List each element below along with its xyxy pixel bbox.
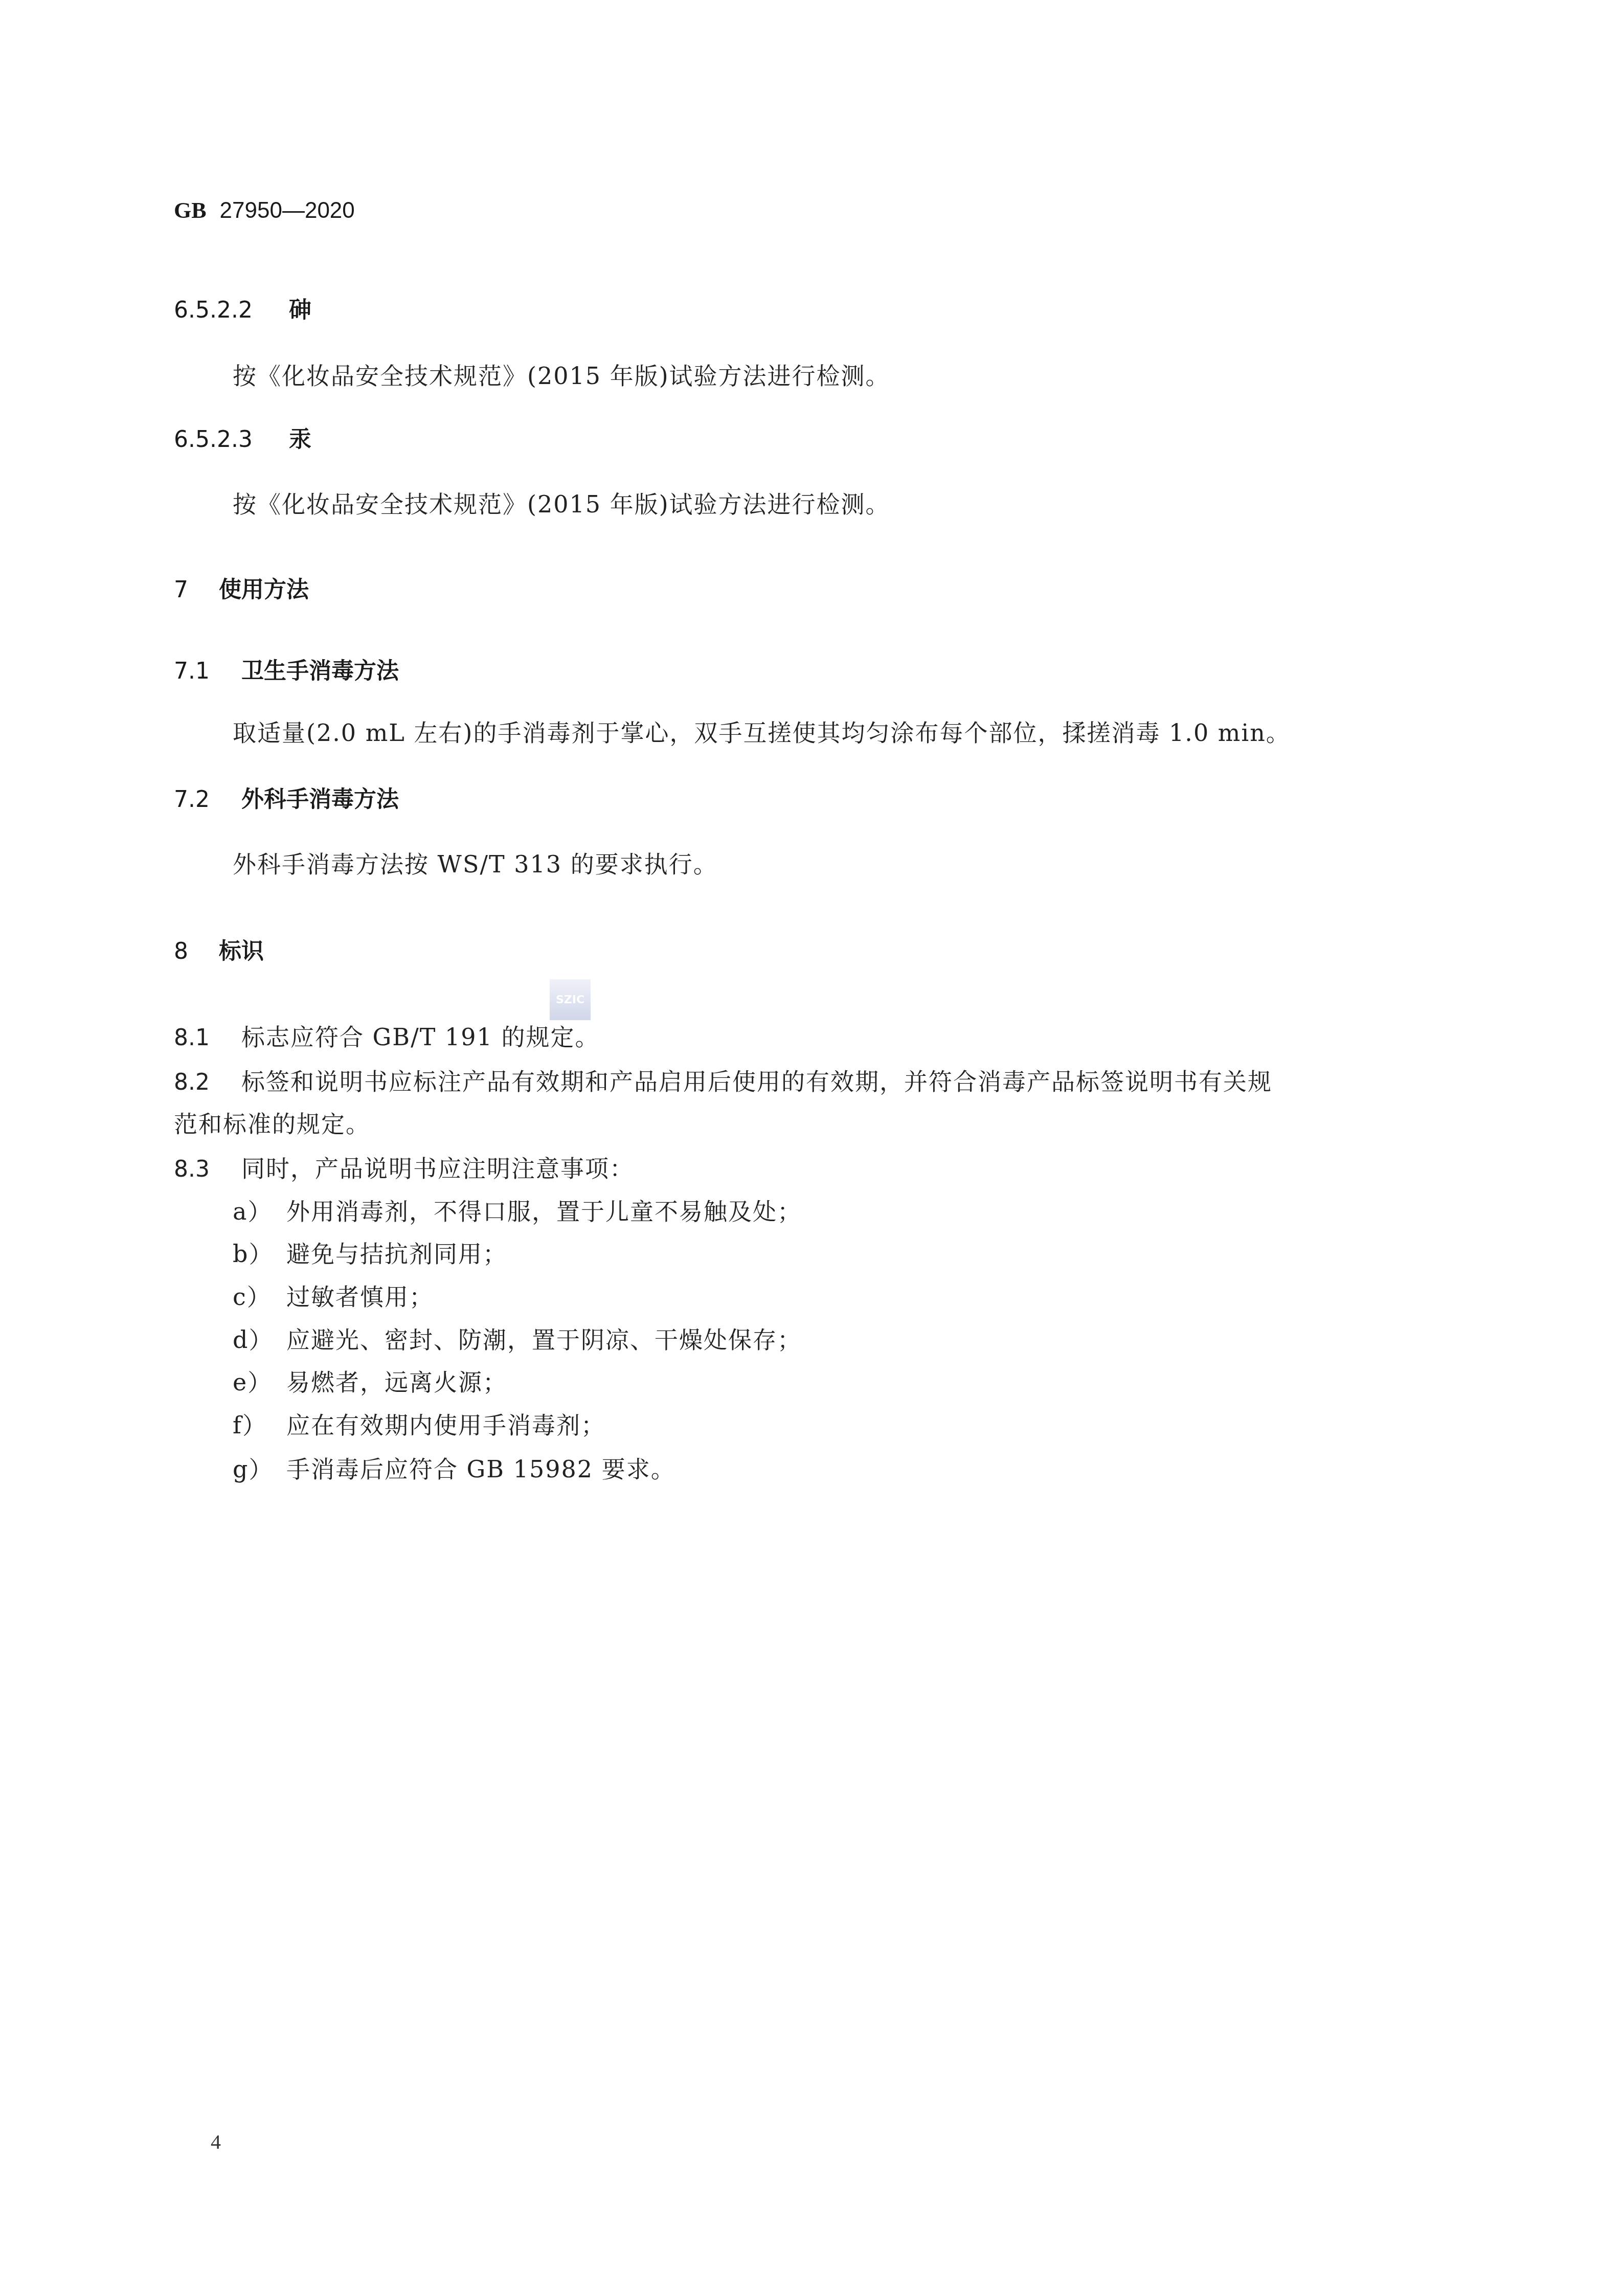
clause-number: 8.2	[174, 1071, 241, 1094]
clause-8-1: 8.1标志应符合 GB/T 191 的规定。	[174, 1025, 599, 1049]
clause-text: 同时，产品说明书应注明注意事项：	[241, 1155, 634, 1182]
clause-text-line1: 标签和说明书应标注产品有效期和产品启用后使用的有效期，并符合消毒产品标签说明书有…	[241, 1068, 1272, 1095]
section-heading-7: 7使用方法	[174, 579, 309, 601]
section-number: 7.2	[174, 789, 241, 811]
section-title: 砷	[289, 297, 311, 323]
section-heading-7-1: 7.1卫生手消毒方法	[174, 660, 399, 683]
list-label: a）	[233, 1200, 286, 1223]
list-item-e: e）易燃者，远离火源；	[233, 1370, 507, 1394]
list-item-g: g）手消毒后应符合 GB 15982 要求。	[233, 1457, 675, 1481]
clause-number: 8.1	[174, 1027, 241, 1049]
list-label: b）	[233, 1242, 286, 1266]
section-number: 8	[174, 940, 219, 963]
list-item-f: f）应在有效期内使用手消毒剂；	[233, 1413, 605, 1437]
section-heading-6-5-2-3: 6.5.2.3汞	[174, 429, 311, 451]
section-title: 标识	[219, 938, 264, 964]
list-label: g）	[233, 1457, 286, 1481]
section-heading-7-2: 7.2外科手消毒方法	[174, 789, 399, 811]
clause-text: 标志应符合 GB/T 191 的规定。	[241, 1023, 599, 1051]
section-title: 卫生手消毒方法	[241, 658, 399, 684]
watermark-logo: SZIC	[550, 979, 591, 1020]
list-item-c: c）过敏者慎用；	[233, 1285, 434, 1309]
standard-number: 27950—2020	[220, 198, 355, 223]
document-header: GB27950—2020	[174, 199, 355, 222]
section-title: 使用方法	[219, 577, 309, 603]
clause-8-3: 8.3同时，产品说明书应注明注意事项：	[174, 1157, 634, 1181]
section-title: 汞	[289, 426, 311, 453]
list-text: 应避光、密封、防潮，置于阴凉、干燥处保存；	[286, 1326, 802, 1354]
section-heading-8: 8标识	[174, 940, 264, 963]
section-heading-6-5-2-2: 6.5.2.2砷	[174, 299, 311, 322]
list-text: 避免与拮抗剂同用；	[286, 1240, 507, 1268]
list-text: 应在有效期内使用手消毒剂；	[286, 1411, 605, 1439]
section-title: 外科手消毒方法	[241, 786, 399, 813]
list-label: d）	[233, 1328, 286, 1352]
list-text: 外用消毒剂，不得口服，置于儿童不易触及处；	[286, 1198, 802, 1225]
list-label: f）	[233, 1413, 286, 1437]
clause-8-2: 8.2标签和说明书应标注产品有效期和产品启用后使用的有效期，并符合消毒产品标签说…	[174, 1070, 1272, 1094]
list-label: e）	[233, 1370, 286, 1394]
section-number: 7	[174, 579, 219, 601]
standard-prefix: GB	[174, 198, 207, 223]
section-number: 6.5.2.2	[174, 299, 289, 322]
list-label: c）	[233, 1285, 286, 1309]
page-number: 4	[211, 2130, 221, 2154]
section-body-7-2: 外科手消毒方法按 WS/T 313 的要求执行。	[233, 852, 718, 876]
list-item-b: b）避免与拮抗剂同用；	[233, 1242, 507, 1266]
section-number: 6.5.2.3	[174, 429, 289, 451]
list-item-a: a）外用消毒剂，不得口服，置于儿童不易触及处；	[233, 1200, 802, 1223]
clause-8-2-continuation: 范和标准的规定。	[174, 1112, 370, 1136]
list-text: 手消毒后应符合 GB 15982 要求。	[286, 1455, 675, 1483]
clause-number: 8.3	[174, 1158, 241, 1181]
section-number: 7.1	[174, 660, 241, 683]
list-text: 易燃者，远离火源；	[286, 1368, 507, 1396]
section-body-7-1: 取适量(2.0 mL 左右)的手消毒剂于掌心，双手互搓使其均匀涂布每个部位，揉搓…	[233, 721, 1291, 745]
section-body-6-5-2-2: 按《化妆品安全技术规范》(2015 年版)试验方法进行检测。	[233, 364, 890, 388]
list-text: 过敏者慎用；	[286, 1283, 434, 1311]
list-item-d: d）应避光、密封、防潮，置于阴凉、干燥处保存；	[233, 1328, 802, 1352]
section-body-6-5-2-3: 按《化妆品安全技术规范》(2015 年版)试验方法进行检测。	[233, 492, 890, 516]
